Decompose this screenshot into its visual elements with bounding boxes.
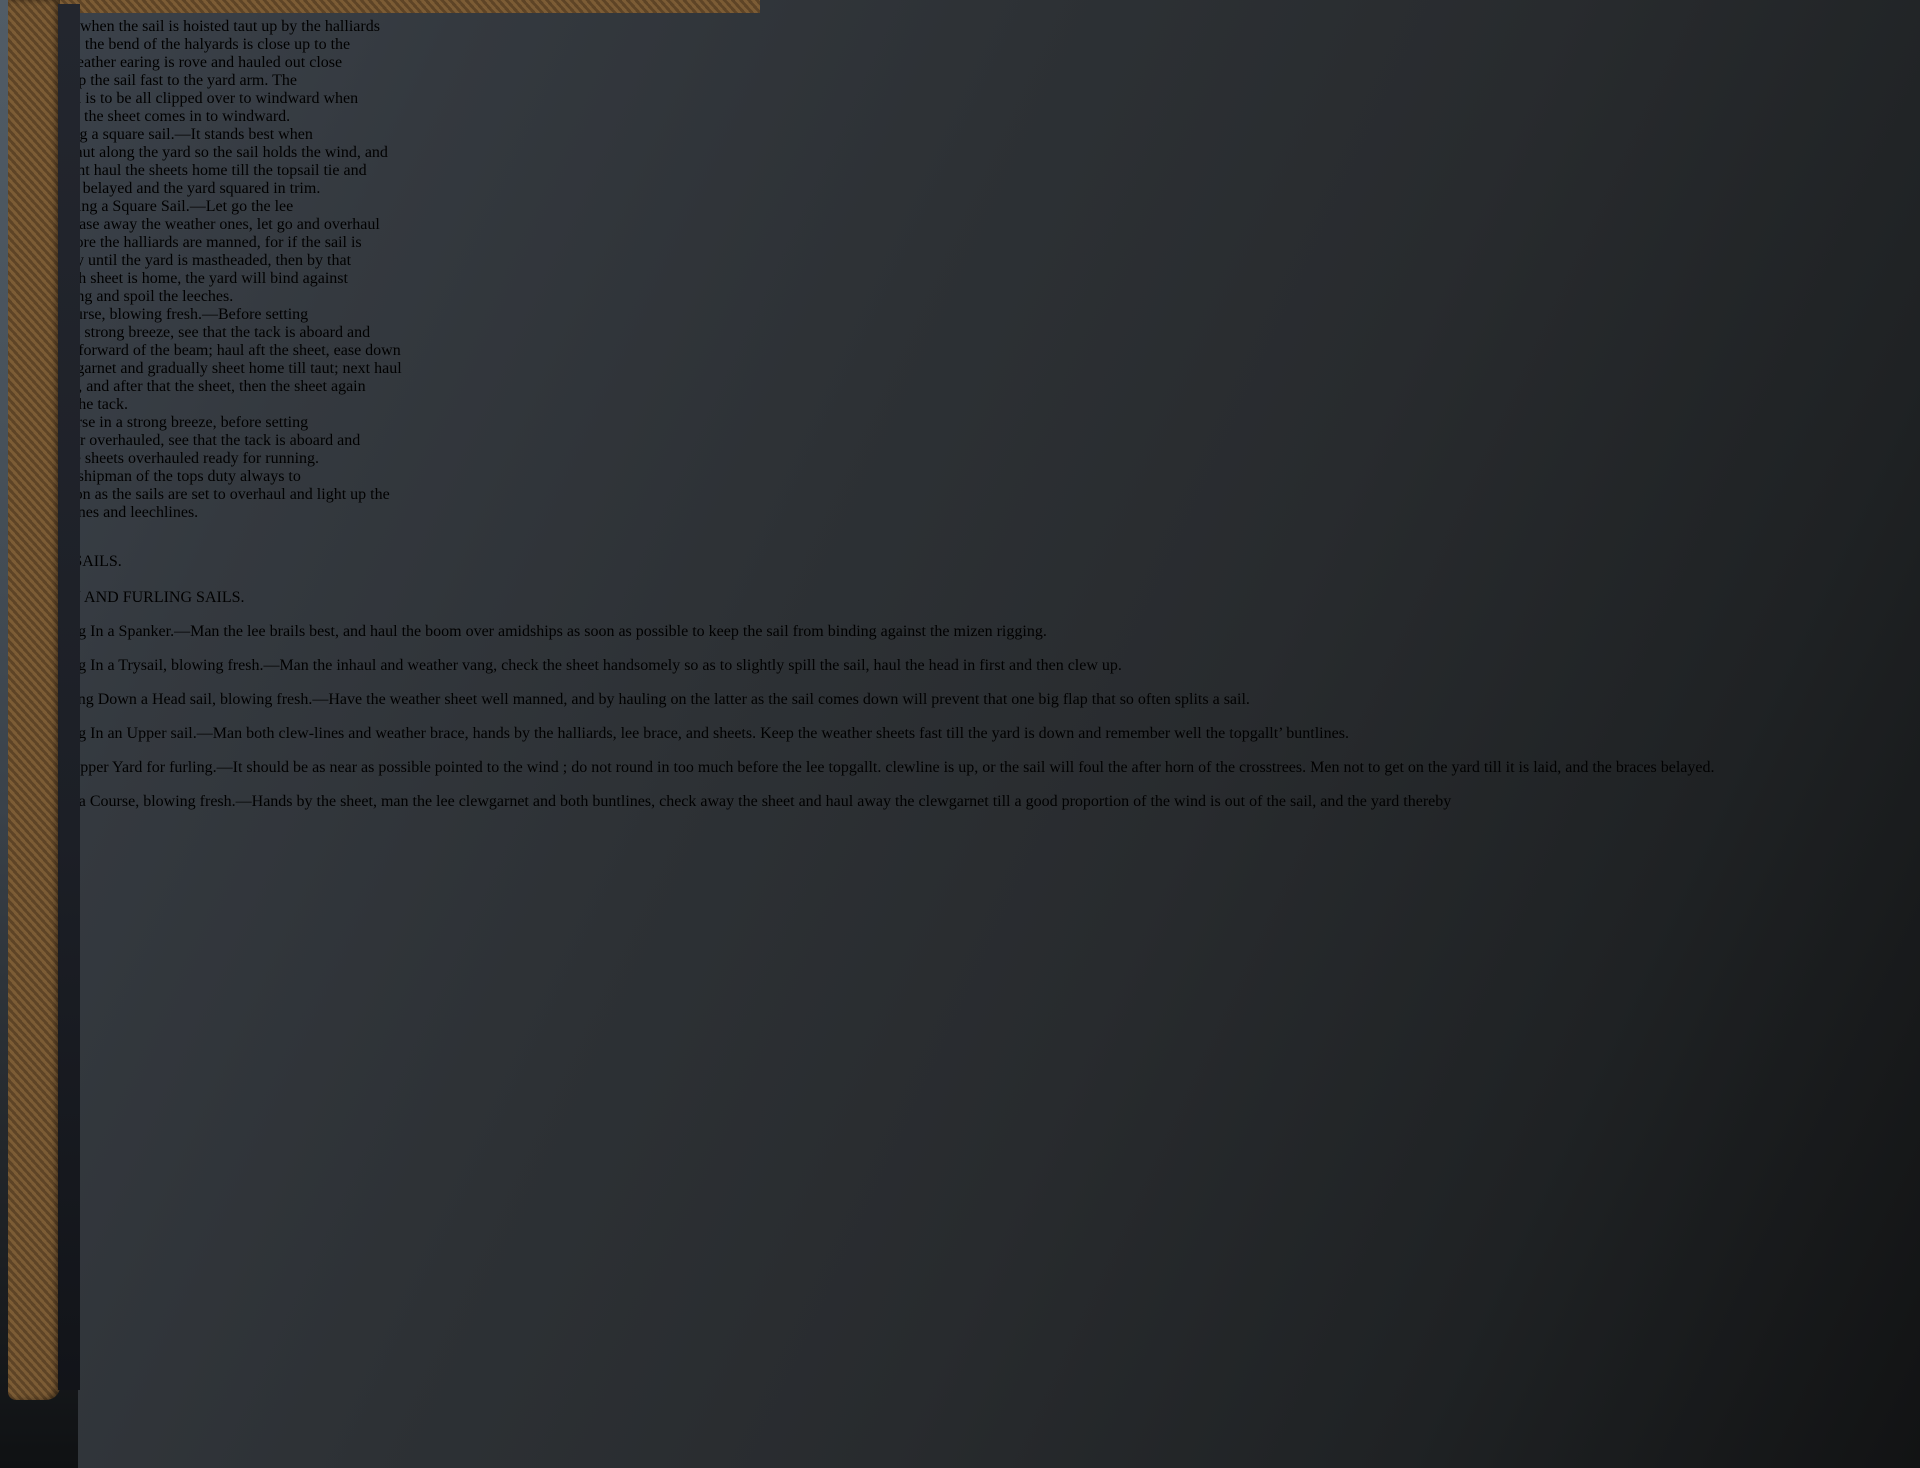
book-cover-spine bbox=[8, 0, 60, 1400]
paper-speck bbox=[0, 549, 4, 553]
bleedthrough-line: a course in a strong breeze, see that th… bbox=[0, 324, 1920, 342]
page-paragraphs: When Taking In a Spanker.—Man the lee br… bbox=[0, 623, 1920, 811]
paragraph-text: one bbox=[1011, 691, 1034, 708]
left-page: 16 SETTING SAILS. marked that when the s… bbox=[0, 0, 1920, 553]
paragraph-text: —Man the inhaul and weather vang, check … bbox=[263, 657, 1121, 674]
bleedthrough-line: Note. A midshipman of the tops duty alwa… bbox=[0, 468, 1920, 486]
bleedthrough-line: going about, the sheet comes in to windw… bbox=[0, 108, 1920, 126]
bleedthrough-line: hauled out taut along the yard so the sa… bbox=[0, 144, 1920, 162]
bleedthrough-line: and belayed, the bend of the halyards is… bbox=[0, 36, 1920, 54]
bleedthrough-line: the lee clewgarnet and gradually sheet h… bbox=[0, 360, 1920, 378]
bleedthrough-line: hands by the sheets overhauled ready for… bbox=[0, 450, 1920, 468]
bleedthrough-line: on no account haul the sheets home till … bbox=[0, 162, 1920, 180]
bleedthrough-line: To set a course in a strong breeze, befo… bbox=[0, 414, 1920, 432]
bleedthrough-block: To Set a Course, blowing fresh.—Before s… bbox=[0, 306, 1920, 414]
bleedthrough-line: braces and ease away the weather ones, l… bbox=[0, 216, 1920, 234]
paragraph-text: buntlines, check away the sheet and haul… bbox=[588, 793, 1451, 810]
bleedthrough-line: hoisted away until the yard is mastheade… bbox=[0, 252, 1920, 270]
book-board-edge bbox=[58, 4, 80, 1390]
bleedthrough-line: halliards are belayed and the yard squar… bbox=[0, 180, 1920, 198]
bleedthrough-line: time so much sheet is home, the yard wil… bbox=[0, 270, 1920, 288]
bleedthrough-block: When Hoisting a Square Sail.—Let go the … bbox=[0, 198, 1920, 306]
paper-speck bbox=[0, 835, 9, 840]
paragraph: When Taking In a Spanker.—Man the lee br… bbox=[0, 623, 1920, 641]
bleedthrough-block: When Setting a square sail.—It stands be… bbox=[0, 126, 1920, 198]
paragraph-text: —Man both clew-lines and weather brace, … bbox=[197, 725, 1349, 742]
paragraph: To Take Up a Course, blowing fresh.—Hand… bbox=[0, 793, 1920, 811]
bleedthrough-line: hauled well forward of the beam; haul af… bbox=[0, 342, 1920, 360]
paragraph-text: . bbox=[1710, 759, 1714, 776]
right-page: FURLING SAILS. 17 TAKING IN AND FURLING … bbox=[0, 553, 1920, 840]
paragraph-text: braces belayed bbox=[1616, 759, 1711, 776]
bleedthrough-block: Note. A midshipman of the tops duty alwa… bbox=[0, 468, 1920, 522]
bleedthrough-line: To Set a Course, blowing fresh.—Before s… bbox=[0, 306, 1920, 324]
paragraph-text: both bbox=[560, 793, 588, 810]
bleedthrough-line: lower buntlines and leechlines. bbox=[0, 504, 1920, 522]
page-header: FURLING SAILS. 17 bbox=[0, 553, 1920, 589]
paragraph: To Lay an Upper Yard for furling.—It sho… bbox=[0, 759, 1920, 777]
bleedthrough-line: marked that when the sail is hoisted tau… bbox=[0, 18, 1920, 36]
bleedthrough-line: and should the tack. bbox=[0, 396, 1920, 414]
bleedthrough-line: When Hoisting a Square Sail.—Let go the … bbox=[0, 198, 1920, 216]
bleedthrough-line: the gear before the halliards are manned… bbox=[0, 234, 1920, 252]
paragraph-text: —It should be as near as possible pointe… bbox=[217, 759, 1616, 776]
bleedthrough-line: attend as soon as the sails are set to o… bbox=[0, 486, 1920, 504]
paragraph-text: —Man the lee brails best, and haul the b… bbox=[174, 623, 1047, 640]
bleedthrough-line: have the gear overhauled, see that the t… bbox=[0, 432, 1920, 450]
bleedthrough-line: taut the tack, and after that the sheet,… bbox=[0, 378, 1920, 396]
paragraph-text: —Hands by the sheet, man the lee clewgar… bbox=[236, 793, 560, 810]
bleedthrough-line: When Setting a square sail.—It stands be… bbox=[0, 126, 1920, 144]
paragraph: When Taking In an Upper sail.—Man both c… bbox=[0, 725, 1920, 743]
paragraph: When Hauling Down a Head sail, blowing f… bbox=[0, 691, 1920, 709]
bleedthrough-block: To set a course in a strong breeze, befo… bbox=[0, 414, 1920, 468]
page-edge-stack bbox=[78, 8, 152, 1456]
page-number: 17 bbox=[0, 571, 1920, 589]
bleedthrough-line: the lee rigging and spoil the leeches. bbox=[0, 288, 1920, 306]
paragraph-text: —Have the weather sheet well manned, and… bbox=[312, 691, 1011, 708]
bleedthrough-line: tack of a sail is to be all clipped over… bbox=[0, 90, 1920, 108]
notes-heading: NOTES. bbox=[0, 522, 1920, 540]
bleedthrough-block: marked that when the sail is hoisted tau… bbox=[0, 18, 1920, 126]
book-scan-scene: 16 SETTING SAILS. marked that when the s… bbox=[0, 0, 1920, 1468]
bleedthrough-line: home to keep the sail fast to the yard a… bbox=[0, 72, 1920, 90]
paragraph: When Taking In a Trysail, blowing fresh.… bbox=[0, 657, 1920, 675]
book-cover-top-edge bbox=[60, 0, 760, 13]
paragraph-text: big flap that so often splits a sail. bbox=[1034, 691, 1250, 708]
bleedthrough-text: 16 SETTING SAILS. marked that when the s… bbox=[0, 0, 1920, 522]
bleedthrough-line: sheave. A weather earing is rove and hau… bbox=[0, 54, 1920, 72]
running-head: FURLING SAILS. bbox=[0, 553, 1920, 571]
chapter-title: TAKING IN AND FURLING SAILS. bbox=[0, 589, 1920, 607]
